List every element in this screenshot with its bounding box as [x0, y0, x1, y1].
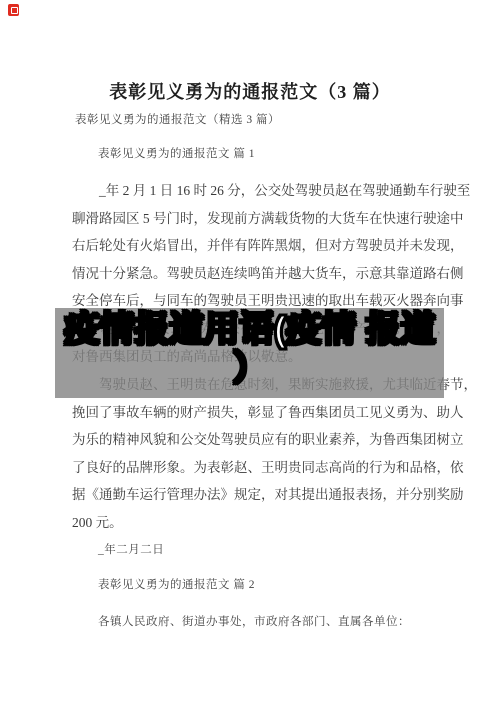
paragraph-1-line: _年 2 月 1 日 16 时 26 分，公交处驾驶员赵在驾驶通勤车行驶至	[72, 177, 450, 205]
paragraph-2-line: 200 元。	[72, 509, 450, 537]
watermark-line-1: 疫情报道用语(疫情 报道	[64, 310, 435, 349]
document-subtitle: 表彰见义勇为的通报范文（精选 3 篇）	[75, 111, 280, 127]
page-title: 表彰见义勇为的通报范文（3 篇）	[0, 78, 500, 104]
red-logo-icon	[8, 4, 19, 16]
date-line: _年二月二日	[98, 541, 164, 557]
paragraph-2-line: 为乐的精神风貌和公交处驾驶员应有的职业素养，为鲁西集团树立	[72, 426, 450, 454]
paragraph-2-line: 挽回了事故车辆的财产损失，彰显了鲁西集团员工见义勇为、助人	[72, 399, 450, 427]
section-2-heading: 表彰见义勇为的通报范文 篇 2	[98, 576, 255, 592]
paragraph-1-line: 情况十分紧急。驾驶员赵连续鸣笛并越大货车，示意其靠道路右侧	[72, 260, 450, 288]
section-1-heading: 表彰见义勇为的通报范文 篇 1	[98, 145, 255, 161]
paragraph-1-line: 聊滑路园区 5 号门时，发现前方满载货物的大货车在快速行驶途中	[72, 205, 450, 233]
salutation-line: 各镇人民政府、街道办事处，市政府各部门、直属各单位：	[98, 613, 410, 629]
watermark-text: 疫情报道用语(疫情 报道）	[0, 310, 500, 388]
paragraph-2-line: 了良好的品牌形象。为表彰赵、王明贵同志高尚的行为和品格，依	[72, 454, 450, 482]
document-page: 表彰见义勇为的通报范文（3 篇） 表彰见义勇为的通报范文（精选 3 篇） 表彰见…	[0, 0, 500, 706]
paragraph-1-line: 右后轮处有火焰冒出，并伴有阵阵黑烟，但对方驾驶员并未发现，	[72, 232, 450, 260]
watermark-line-2: ）	[232, 349, 267, 388]
paragraph-2-line: 据《通勤车运行管理办法》规定，对其提出通报表扬，并分别奖励	[72, 481, 450, 509]
